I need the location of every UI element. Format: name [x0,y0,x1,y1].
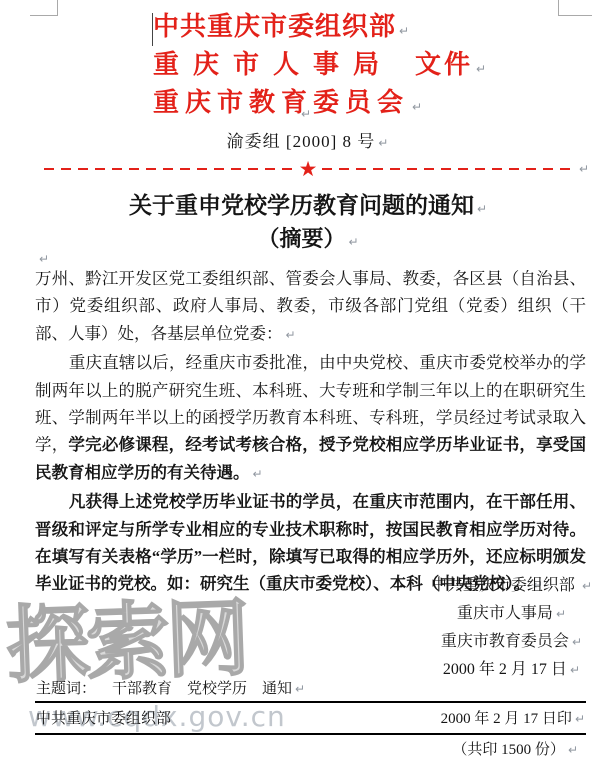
subject-keywords-row: 主题词：干部教育 党校学历 通知↵ [36,677,305,698]
print-info-row: 中共重庆市委组织部 2000 年 2 月 17 日印↵ [36,707,585,728]
print-copies: （共印 1500 份）↵ [452,738,578,757]
paragraph-mark-icon: ↵ [572,635,582,649]
document-subtitle: （摘要）↵ [0,222,616,259]
body-paragraph-1: 重庆直辖以后，经重庆市委批准，由中央党校、重庆市委党校举办的学制两年以上的脱产研… [35,349,586,488]
empty-paragraph: ↵ [298,105,311,123]
letterhead-org-3-text: 重庆市教育委员会 [153,88,409,117]
document-number: 渝委组 [2000] 8 号↵ [0,127,616,152]
paragraph-mark-icon: ↵ [476,62,486,76]
paragraph-mark-icon: ↵ [348,235,358,249]
page-margin-mark-top-left [30,0,58,16]
signature-org-3: 重庆市教育委员会↵ [431,628,592,656]
signature-org-2: 重庆市人事局↵ [431,600,592,628]
paragraph-mark-icon: ↵ [556,607,566,621]
letterhead-org-3: 重庆市教育委员会↵ [153,86,486,124]
letterhead-org-2-text: 重庆市人事局 [153,48,393,82]
separator-dash-right [322,168,572,170]
document-page: 中共重庆市委组织部↵ 重庆市人事局 文件 ↵ 重庆市教育委员会↵ ↵ 渝委组 [… [0,0,616,757]
footer-divider-bottom [35,733,586,735]
letterhead: 中共重庆市委组织部↵ 重庆市人事局 文件 ↵ 重庆市教育委员会↵ [153,10,486,124]
signature-org-1: 中共重庆市委组织部 ↵ [431,572,592,600]
print-org: 中共重庆市委组织部 [36,707,171,728]
paragraph-mark-icon: ↵ [301,107,311,121]
footer-divider-top [35,701,586,703]
separator-paragraph: ↵ [576,160,589,178]
page-margin-mark-top-right [558,0,592,16]
letterhead-org-1-text: 中共重庆市委组织部 [153,12,396,41]
paragraph-mark-icon: ↵ [477,202,487,216]
document-number-text: 渝委组 [2000] 8 号 [227,132,376,151]
paragraph-mark-icon: ↵ [570,663,580,677]
paragraph-mark-icon: ↵ [253,467,263,481]
letterhead-document-word: 文件 [415,48,473,82]
signature-date-text: 2000 年 2 月 17 日 [443,661,567,678]
document-subtitle-text: （摘要） [257,226,345,251]
print-copies-text: （共印 1500 份） [452,742,565,757]
letterhead-org-2: 重庆市人事局 文件 ↵ [153,48,486,86]
paragraph-mark-icon: ↵ [575,712,585,726]
addressee-text: 万州、黔江开发区党工委组织部、管委会人事局、教委，各区县（自治县、市）党委组织部… [35,269,586,343]
signature-date: 2000 年 2 月 17 日↵ [431,656,592,684]
paragraph-mark-icon: ↵ [378,136,389,150]
watermark-logo: 探索网 [5,596,248,688]
paragraph-mark-icon: ↵ [412,100,428,114]
signature-org-3-text: 重庆市教育委员会 [441,633,569,650]
document-body: 万州、黔江开发区党工委组织部、管委会人事局、教委，各区县（自治县、市）党委组织部… [35,265,586,600]
red-separator-line: ★ [44,157,572,181]
paragraph-1-bold-text: 学完必修课程，经考试考核合格，授予党校相应学历毕业证书，享受国民教育相应学历的有… [35,435,586,481]
separator-dash-left [44,168,294,170]
paragraph-mark-icon: ↵ [399,24,410,38]
paragraph-mark-icon: ↵ [568,743,578,757]
addressee-paragraph: 万州、黔江开发区党工委组织部、管委会人事局、教委，各区县（自治县、市）党委组织部… [35,265,586,349]
paragraph-mark-icon: ↵ [39,252,49,266]
star-icon: ★ [299,159,318,180]
signature-org-2-text: 重庆市人事局 [457,605,553,622]
print-date: 2000 年 2 月 17 日印 [441,711,572,727]
signature-block: 中共重庆市委组织部 ↵ 重庆市人事局↵ 重庆市教育委员会↵ 2000 年 2 月… [431,572,592,684]
document-title-text: 关于重申党校学历教育问题的通知 [129,192,474,218]
paragraph-mark-icon: ↵ [295,682,305,696]
paragraph-mark-icon: ↵ [582,579,592,593]
letterhead-org-1: 中共重庆市委组织部↵ [153,10,486,48]
signature-org-1-text: 中共重庆市委组织部 [431,577,579,594]
document-title: 关于重申党校学历教育问题的通知↵ [0,189,616,226]
subject-label: 主题词： [36,681,96,697]
subject-keywords: 干部教育 党校学历 通知 [112,681,292,697]
paragraph-mark-icon: ↵ [286,328,296,342]
paragraph-mark-icon: ↵ [579,162,589,176]
print-date-wrap: 2000 年 2 月 17 日印↵ [441,707,585,728]
